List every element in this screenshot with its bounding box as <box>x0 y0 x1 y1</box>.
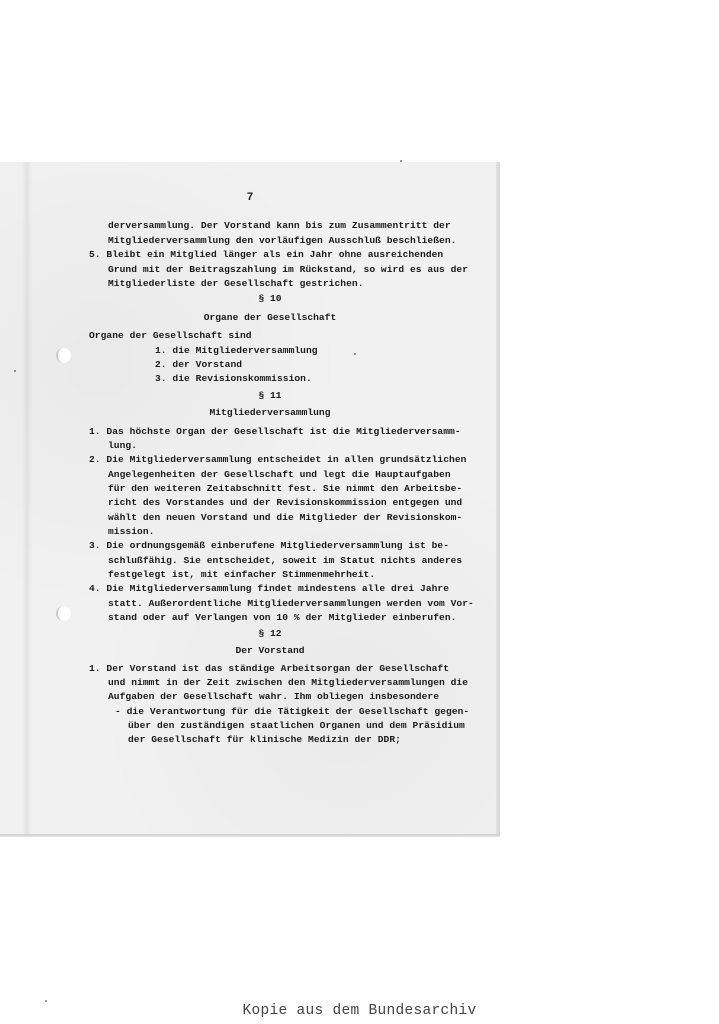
page-fold-shadow <box>22 162 32 834</box>
section-number: § 11 <box>20 389 520 403</box>
section-title: Der Vorstand <box>20 644 520 658</box>
list-item: 3. die Revisionskommission. <box>155 372 312 386</box>
text-line: mission. <box>108 525 154 539</box>
text-line: 2. Die Mitgliederversammlung entscheidet… <box>89 453 466 467</box>
text-line: für den weiteren Zeitabschnitt fest. Sie… <box>108 482 462 496</box>
scan-speck <box>400 160 402 162</box>
list-item: 1. die Mitgliederversammlung <box>155 344 318 358</box>
text-line: Mitgliederliste der Gesellschaft gestric… <box>108 277 364 291</box>
text-line: - die Verantwortung für die Tätigkeit de… <box>115 705 469 719</box>
section-title: Organe der Gesellschaft <box>20 311 520 325</box>
text-line: 1. Der Vorstand ist das ständige Arbeits… <box>89 662 449 676</box>
list-item: 2. der Vorstand <box>155 358 242 372</box>
text-line: lung. <box>108 439 137 453</box>
text-line: richt des Vorstandes und der Revisionsko… <box>108 496 462 510</box>
text-line: über den zuständigen staatlichen Organen… <box>128 719 465 733</box>
text-line: der Gesellschaft für klinische Medizin d… <box>128 733 401 747</box>
punch-hole-icon <box>56 606 71 621</box>
text-line: statt. Außerordentliche Mitgliederversam… <box>108 597 474 611</box>
scan-speck <box>14 370 16 372</box>
text-line: schlußfähig. Sie entscheidet, soweit im … <box>108 554 462 568</box>
page-number: 7 <box>0 191 500 205</box>
scan-speck <box>45 1000 47 1002</box>
text-line: Mitgliederversammlung den vorläufigen Au… <box>108 234 456 248</box>
archive-footer: Kopie aus dem Bundesarchiv <box>0 1003 719 1019</box>
text-line: Angelegenheiten der Gesellschaft und leg… <box>108 468 451 482</box>
text-line: und nimmt in der Zeit zwischen den Mitgl… <box>108 676 468 690</box>
text-line: wählt den neuen Vorstand und die Mitglie… <box>108 511 462 525</box>
text-line: derversammlung. Der Vorstand kann bis zu… <box>108 219 451 233</box>
section-number: § 12 <box>20 627 520 641</box>
punch-hole-icon <box>56 348 71 363</box>
text-line: Organe der Gesellschaft sind <box>89 329 252 343</box>
text-line: 3. Die ordnungsgemäß einberufene Mitglie… <box>89 539 449 553</box>
text-line: 1. Das höchste Organ der Gesellschaft is… <box>89 425 461 439</box>
section-title: Mitgliederversammlung <box>20 406 520 420</box>
text-line: stand oder auf Verlangen von 10 % der Mi… <box>108 611 456 625</box>
scan-speck <box>354 353 356 355</box>
text-line: 5. Bleibt ein Mitglied länger als ein Ja… <box>89 248 443 262</box>
text-line: Aufgaben der Gesellschaft wahr. Ihm obli… <box>108 690 439 704</box>
text-line: Grund mit der Beitragszahlung im Rücksta… <box>108 263 468 277</box>
page-edge <box>496 162 500 834</box>
text-line: festgelegt ist, mit einfacher Stimmenmeh… <box>108 568 375 582</box>
text-line: 4. Die Mitgliederversammlung findet mind… <box>89 582 449 596</box>
section-number: § 10 <box>20 292 520 306</box>
